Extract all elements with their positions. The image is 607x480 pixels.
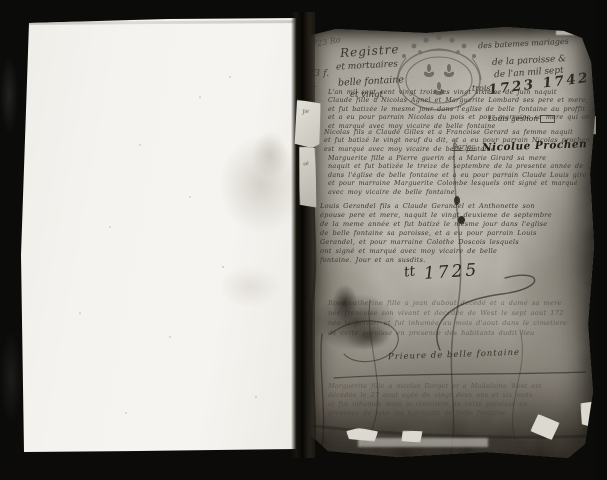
register-entry-line: Nicolas fils a Claude Gilles et a Franco… <box>324 128 590 136</box>
paper-tab: sé <box>296 146 318 209</box>
register-entry-line: Gerandel, et pour marraine Colothe Dosco… <box>320 238 576 247</box>
torn-paper-patch <box>580 401 596 428</box>
margin-name-darjac: Darjac <box>452 143 475 151</box>
register-entry-line: épouse pere et mere, naquit le vingt deu… <box>320 211 576 220</box>
register-entry-line: Marguerite fille a nicolas Dorget et a M… <box>328 382 580 391</box>
ink-blot <box>346 324 390 350</box>
register-entry-line: Louis Gerandel fils a Claude Gerandel et… <box>320 202 576 211</box>
paper-speckles <box>18 15 298 455</box>
tab-mark: Jie <box>302 108 310 115</box>
register-entry-line: avec moy vicaire de belle fontaine <box>328 188 586 196</box>
register-entry-line: Marguerite fille a Pierre guerin et a Ma… <box>328 154 586 162</box>
right-manuscript-page: 1723 Ro 73 f. — Registre des batemes mar… <box>306 24 598 462</box>
background-smudge <box>0 330 22 425</box>
paper-tab: Jie <box>293 100 322 149</box>
register-entry: Louis Gerandel fils a Claude Gerandel et… <box>320 202 576 265</box>
background-smudge <box>0 55 18 135</box>
register-entry: Marguerite fille a Pierre guerin et a Ma… <box>328 154 586 196</box>
prieure-line: Prieure de belle fontaine <box>388 348 520 363</box>
flourish-hash-mark: tt <box>403 263 416 280</box>
signature-box-mark <box>540 115 555 123</box>
register-entry-line: et fut batizée le mesme jour dans l'egli… <box>328 105 590 113</box>
register-entry-line: Claude fille a Nicolas Agnel et Margueri… <box>328 96 590 104</box>
tab-mark: sé <box>303 161 310 168</box>
light-edge-patch <box>556 26 580 35</box>
register-entry-line: naquit et fut batizée le treize de septe… <box>328 162 586 170</box>
book-spine <box>291 12 315 462</box>
register-entry-line: et pour marraine Marguerite Colombe lesq… <box>328 179 586 187</box>
register-entry: L'an mil sept cent vingt trois les vingt… <box>328 88 590 130</box>
register-entry-line: de la meme année et fut batizé le mesme … <box>320 220 576 229</box>
register-entry: Marguerite fille a nicolas Dorget et a M… <box>328 382 580 418</box>
boxed-signature: Louis geshon <box>488 114 555 123</box>
boxed-signature-text: Louis geshon <box>488 114 538 123</box>
register-scan: 1723 Ro 73 f. — Registre des batemes mar… <box>0 0 607 480</box>
register-entry-line: L'an mil sept cent vingt trois les vingt… <box>328 88 590 96</box>
register-entry-line: et fut inhumée dans le cimetiere de cett… <box>328 400 580 409</box>
register-entry-line: ont signé et marqué avec moy vicaire de … <box>320 247 576 256</box>
scan-bottom-margin <box>0 458 607 480</box>
register-entry-line: décédée le 27 aout agée de vingt deux an… <box>328 391 580 400</box>
flourish-year: 1725 <box>423 260 480 284</box>
left-blank-page <box>18 15 298 455</box>
register-entry-line: de belle fontaine sa paroisse, et a eu p… <box>320 229 576 238</box>
register-entry-line: dans l'église de belle fontaine et a eu … <box>328 171 586 179</box>
scan-right-margin <box>596 0 607 480</box>
ink-blot <box>332 284 358 322</box>
torn-paper-patch <box>358 438 488 447</box>
